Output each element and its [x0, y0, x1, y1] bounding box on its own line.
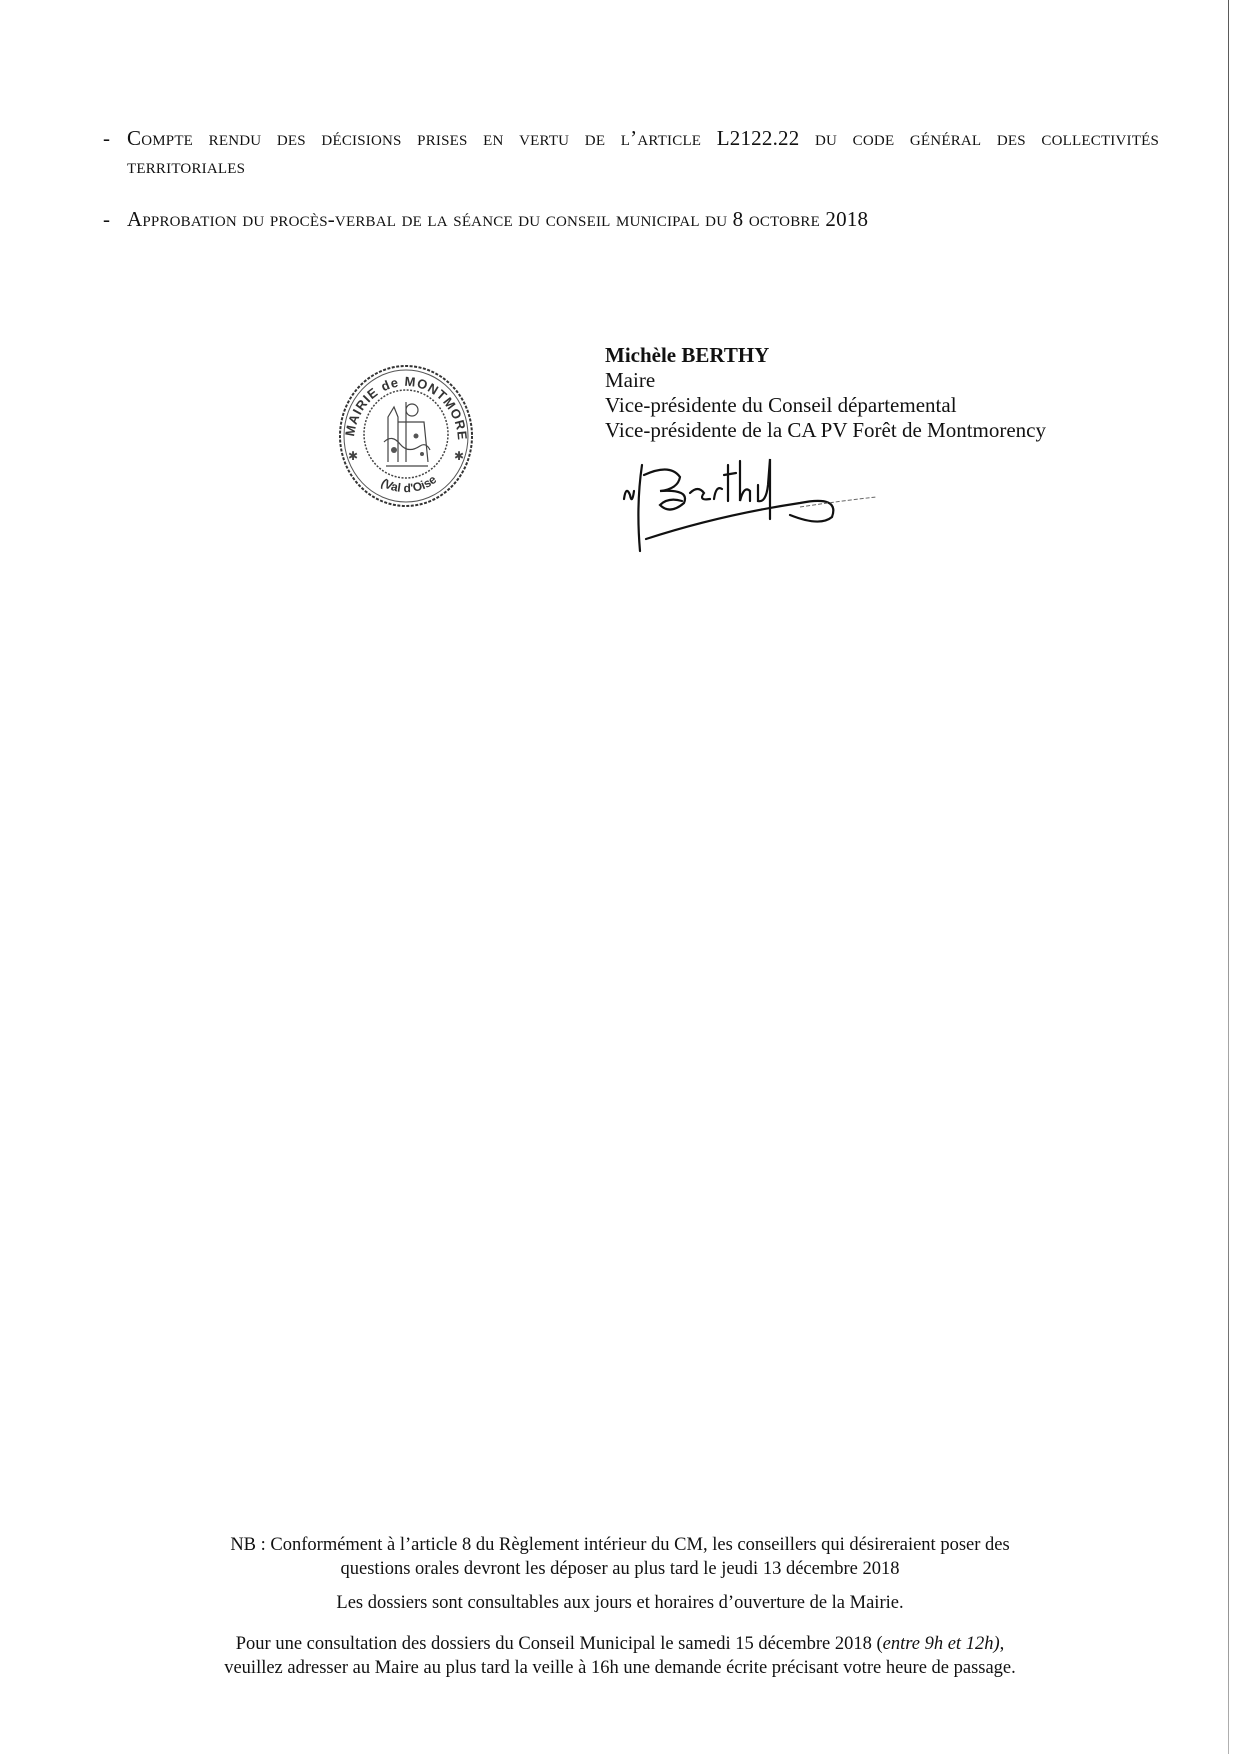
scan-edge-line: [1228, 0, 1229, 1754]
footer-nb-notice: NB : Conformément à l’article 8 du Règle…: [130, 1533, 1110, 1581]
agenda-item-decisions-report: - Compte rendu des décisions prises en v…: [103, 124, 1159, 180]
signatory-title-department: Vice-présidente du Conseil départemental: [605, 393, 1046, 418]
agenda-item-text: Approbation du procès-verbal de la séanc…: [103, 205, 1159, 233]
svg-text:✱: ✱: [454, 449, 464, 463]
agenda-item-text: Compte rendu des décisions prises en ver…: [103, 124, 1159, 180]
nb-line-2: questions orales devront les déposer au …: [130, 1557, 1110, 1581]
signatory-title-agglomeration: Vice-présidente de la CA PV Forêt de Mon…: [605, 418, 1046, 443]
saturday-line-2: veuillez adresser au Maire au plus tard …: [130, 1656, 1110, 1680]
agenda-item-minutes-approval: - Approbation du procès-verbal de la séa…: [103, 205, 1159, 233]
signatory-name: Michèle BERTHY: [605, 343, 1046, 368]
municipal-seal-icon: MAIRIE de MONTMORENCY (Val d'Oise) ✱ ✱: [336, 362, 476, 510]
handwritten-signature-icon: [620, 455, 880, 555]
saturday-line-1: Pour une consultation des dossiers du Co…: [130, 1632, 1110, 1656]
svg-text:MAIRIE de MONTMORENCY: MAIRIE de MONTMORENCY: [336, 362, 470, 441]
footer-consultation-notice: Les dossiers sont consultables aux jours…: [130, 1591, 1110, 1615]
consultation-line: Les dossiers sont consultables aux jours…: [130, 1591, 1110, 1615]
svg-text:✱: ✱: [348, 449, 358, 463]
bullet-dash: -: [103, 124, 110, 152]
nb-line-1: NB : Conformément à l’article 8 du Règle…: [130, 1533, 1110, 1557]
footer-saturday-notice: Pour une consultation des dossiers du Co…: [130, 1632, 1110, 1680]
signatory-block: Michèle BERTHY Maire Vice-présidente du …: [605, 343, 1046, 443]
signatory-title-mayor: Maire: [605, 368, 1046, 393]
bullet-dash: -: [103, 205, 110, 233]
